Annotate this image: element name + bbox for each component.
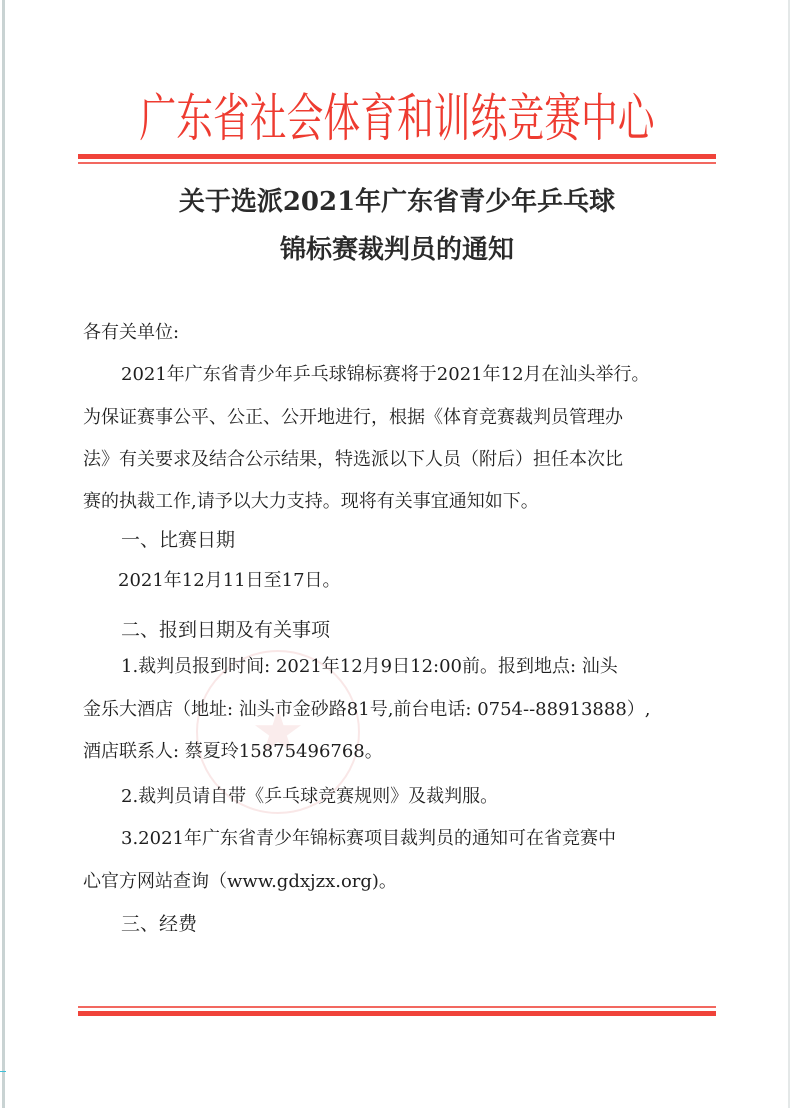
section-heading-dates: 一、比赛日期 — [121, 529, 235, 551]
intro-line: 法》有关要求及结合公示结果，特选派以下人员（附后）担任本次比 — [83, 449, 623, 471]
section-line: 3.2021年广东省青少年锦标赛项目裁判员的通知可在省竞赛中 — [121, 828, 616, 850]
doc-title-line-2: 锦标赛裁判员的通知 — [0, 229, 794, 266]
section-line: 金乐大酒店（地址: 汕头市金砂路81号,前台电话: 0754--88913888… — [83, 699, 651, 721]
intro-line: 赛的执裁工作,请予以大力支持。现将有关事宜通知如下。 — [83, 491, 539, 513]
header-rule-thin — [78, 162, 716, 164]
intro-line: 2021年广东省青少年乒乓球锦标赛将于2021年12月在汕头举行。 — [121, 364, 650, 386]
section-heading-funding: 三、经费 — [121, 913, 197, 935]
header-rule-thick — [78, 154, 716, 159]
scan-mark — [0, 1071, 6, 1072]
scan-edge-left — [2, 0, 5, 1108]
footer-rule-thick — [78, 1011, 716, 1016]
section-heading-registration: 二、报到日期及有关事项 — [121, 619, 330, 641]
letterhead-org-name: 广东省社会体育和训练竞赛中心 — [79, 78, 714, 152]
salutation: 各有关单位: — [83, 322, 179, 344]
section-line: 2021年12月11日至17日。 — [118, 570, 341, 592]
doc-title-line-1: 关于选派2021年广东省青少年乒乓球 — [0, 181, 794, 218]
section-line: 2.裁判员请自带《乒乓球竞赛规则》及裁判服。 — [121, 786, 498, 808]
intro-line: 为保证赛事公平、公正、公开地进行，根据《体育竞赛裁判员管理办 — [83, 407, 623, 429]
scan-edge-right — [788, 0, 790, 1108]
section-line: 酒店联系人: 蔡夏玲15875496768。 — [83, 741, 383, 763]
footer-rule-thin — [78, 1006, 716, 1008]
section-line: 心官方网站查询（www.gdxjzx.org)。 — [83, 871, 397, 893]
section-line: 1.裁判员报到时间: 2021年12月9日12:00前。报到地点: 汕头 — [121, 656, 618, 678]
